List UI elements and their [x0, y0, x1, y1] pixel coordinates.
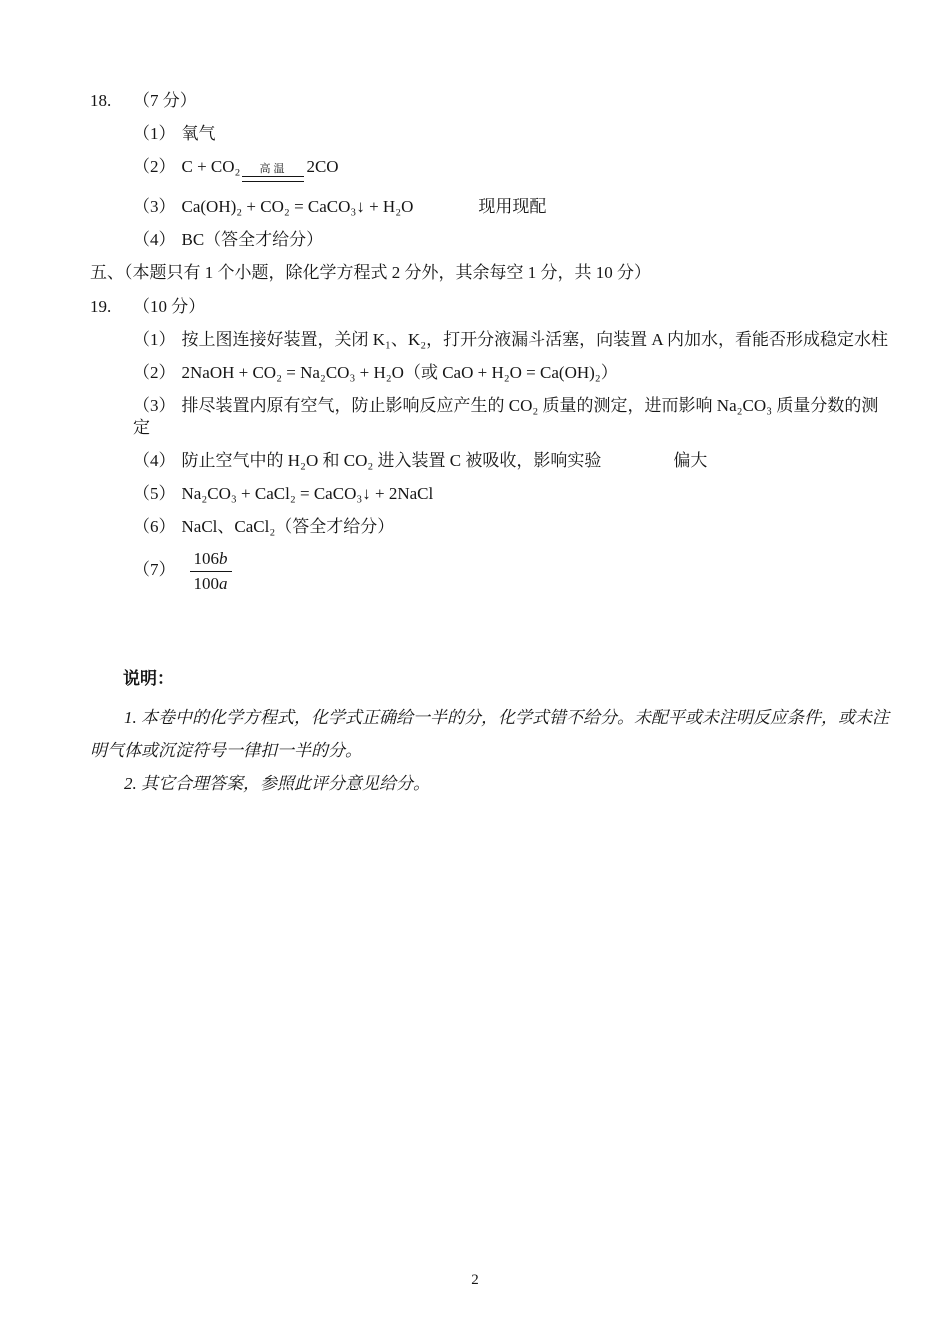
q18-answer-3: （3）Ca(OH)₂ + CO₂ = CaCO₃↓ + H₂O现用现配 — [133, 196, 890, 218]
q19-answer-5: （5）Na₂CO₃ + CaCl₂ = CaCO₃↓ + 2NaCl — [133, 483, 890, 505]
q18-answer-4: （4）BC（答全才给分） — [133, 229, 890, 251]
item-label: （7） — [133, 560, 176, 579]
page-content: 18.（7 分） （1）氧气 （2）C + CO₂高温2CO （3）Ca(OH)… — [90, 90, 890, 800]
question-18-score: （7 分） — [133, 91, 197, 110]
page-number: 2 — [0, 1272, 950, 1289]
answer-note: 现用现配 — [478, 197, 546, 216]
q19-answer-6: （6）NaCl、CaCl₂（答全才给分） — [133, 516, 890, 538]
item-label: （1） — [133, 124, 176, 143]
section-label: 五、 — [90, 263, 124, 282]
equation-text: Ca(OH)₂ + CO₂ = CaCO₃↓ + H₂O — [182, 197, 414, 216]
item-label: （2） — [133, 157, 176, 176]
item-label: （3） — [133, 396, 176, 415]
denominator-variable: a — [219, 574, 228, 593]
answer-text: BC（答全才给分） — [182, 230, 324, 249]
question-19-score: （10 分） — [133, 297, 205, 316]
item-label: （5） — [133, 484, 176, 503]
question-19-header: 19.（10 分） — [90, 296, 890, 318]
item-label: （3） — [133, 197, 176, 216]
section-text: （本题只有 1 个小题，除化学方程式 2 分外，其余每空 1 分，共 10 分） — [124, 263, 651, 282]
double-equals-line — [242, 176, 304, 182]
answer-text: 氧气 — [182, 124, 216, 143]
reaction-condition: 高温 — [242, 163, 304, 185]
equation-left: C + CO₂ — [182, 157, 241, 176]
numerator-variable: b — [219, 549, 228, 568]
denominator-coefficient: 100 — [194, 574, 220, 593]
item-label: （2） — [133, 363, 176, 382]
question-18-header: 18.（7 分） — [90, 90, 890, 112]
numerator-coefficient: 106 — [194, 549, 220, 568]
notes-item-2: 2. 其它合理答案，参照此评分意见给分。 — [90, 767, 890, 800]
q18-answer-1: （1）氧气 — [133, 123, 890, 145]
section-5-header: 五、（本题只有 1 个小题，除化学方程式 2 分外，其余每空 1 分，共 10 … — [90, 262, 890, 284]
item-label: （6） — [133, 517, 176, 536]
notes-heading: 说明： — [123, 668, 890, 690]
fraction-denominator: 100a — [190, 572, 232, 594]
answer-text: 按上图连接好装置，关闭 K₁、K₂，打开分液漏斗活塞，向装置 A 内加水，看能否… — [182, 330, 889, 349]
question-18-number: 18. — [90, 90, 133, 112]
q19-answer-3: （3）排尽装置内原有空气，防止影响反应产生的 CO₂ 质量的测定，进而影响 Na… — [133, 395, 890, 439]
fraction: 106b100a — [190, 549, 232, 594]
equation-text: 2NaOH + CO₂ = Na₂CO₃ + H₂O（或 CaO + H₂O =… — [182, 363, 618, 382]
q19-answer-1: （1）按上图连接好装置，关闭 K₁、K₂，打开分液漏斗活塞，向装置 A 内加水，… — [133, 329, 890, 351]
q19-answer-2: （2）2NaOH + CO₂ = Na₂CO₃ + H₂O（或 CaO + H₂… — [133, 362, 890, 384]
fraction-numerator: 106b — [190, 549, 232, 572]
answer-note: 偏大 — [673, 451, 707, 470]
document-page: 18.（7 分） （1）氧气 （2）C + CO₂高温2CO （3）Ca(OH)… — [0, 0, 950, 1344]
notes-item-1: 1. 本卷中的化学方程式，化学式正确给一半的分，化学式错不给分。未配平或未注明反… — [90, 701, 890, 767]
answer-text: NaCl、CaCl₂（答全才给分） — [182, 517, 395, 536]
equation-text: Na₂CO₃ + CaCl₂ = CaCO₃↓ + 2NaCl — [182, 484, 434, 503]
equation-right: 2CO — [306, 157, 338, 176]
answer-text: 防止空气中的 H₂O 和 CO₂ 进入装置 C 被吸收，影响实验 — [182, 451, 602, 470]
item-label: （4） — [133, 230, 176, 249]
q18-answer-2-equation: （2）C + CO₂高温2CO — [133, 156, 890, 185]
item-label: （4） — [133, 451, 176, 470]
item-label: （1） — [133, 330, 176, 349]
answer-text: 排尽装置内原有空气，防止影响反应产生的 CO₂ 质量的测定，进而影响 Na₂CO… — [133, 396, 878, 437]
q19-answer-4: （4）防止空气中的 H₂O 和 CO₂ 进入装置 C 被吸收，影响实验偏大 — [133, 450, 890, 472]
question-19-number: 19. — [90, 296, 133, 318]
q19-answer-7: （7）106b100a — [133, 549, 890, 594]
grading-notes-section: 说明： 1. 本卷中的化学方程式，化学式正确给一半的分，化学式错不给分。未配平或… — [90, 668, 890, 800]
condition-text: 高温 — [242, 163, 304, 176]
